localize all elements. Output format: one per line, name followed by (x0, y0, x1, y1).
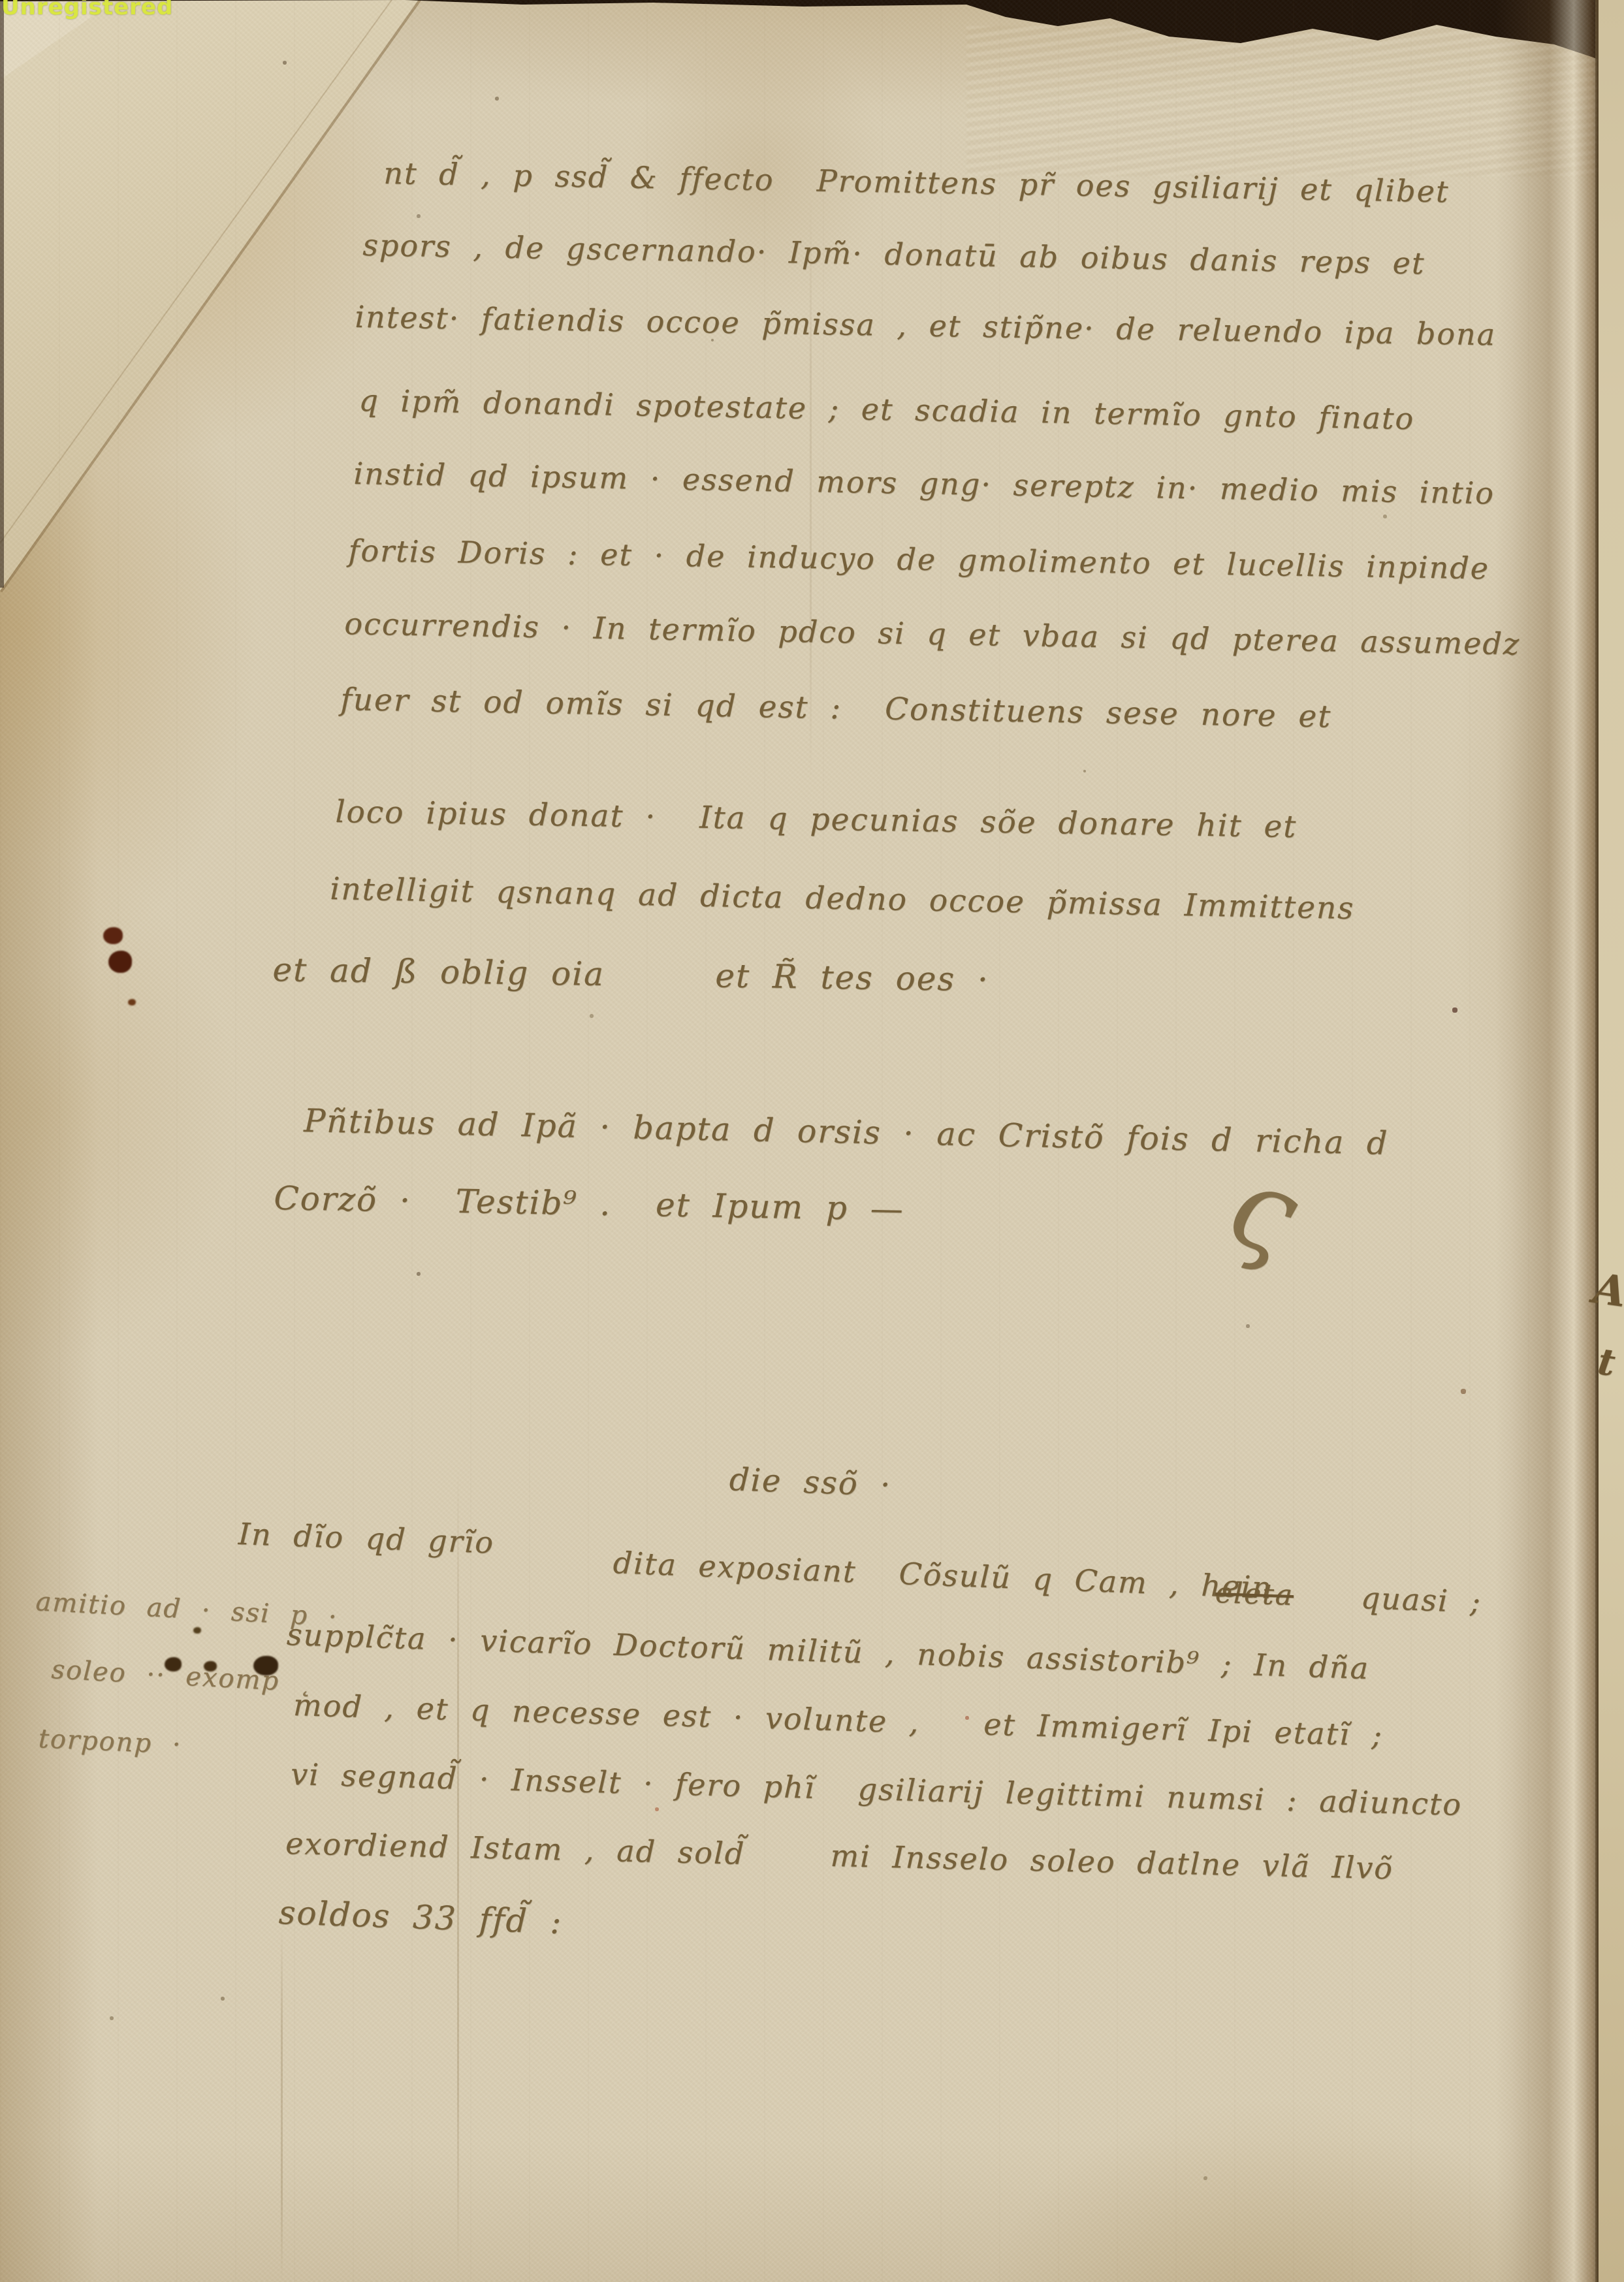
ink-blot (103, 927, 123, 944)
ink-blot (204, 1661, 217, 1672)
next-page-fragment-letter-A: A (1591, 1264, 1624, 1317)
right-page-curl (1495, 0, 1599, 2282)
ink-blot (108, 951, 132, 973)
next-page-edge (1599, 0, 1624, 2282)
lower-line-1-struck-word: eleta (1215, 1576, 1294, 1612)
paper-crease (281, 1926, 283, 2282)
section-heading: die ssõ · (729, 1461, 892, 1504)
margin-note-line-3: torponp · (38, 1724, 183, 1760)
ink-blot (193, 1627, 201, 1634)
paper-crease (457, 1469, 459, 2282)
left-edge-shadow (0, 0, 4, 588)
ink-blot (253, 1656, 278, 1675)
ink-blot (128, 999, 136, 1006)
lower-line-1c: quasi ; (1360, 1580, 1482, 1619)
scanner-watermark: Unregistered (1, 0, 173, 20)
manuscript-scan: nt d̃ , p ssd̃ & ffecto Promittens pr̃ o… (0, 0, 1624, 2282)
ink-blot (165, 1657, 182, 1672)
